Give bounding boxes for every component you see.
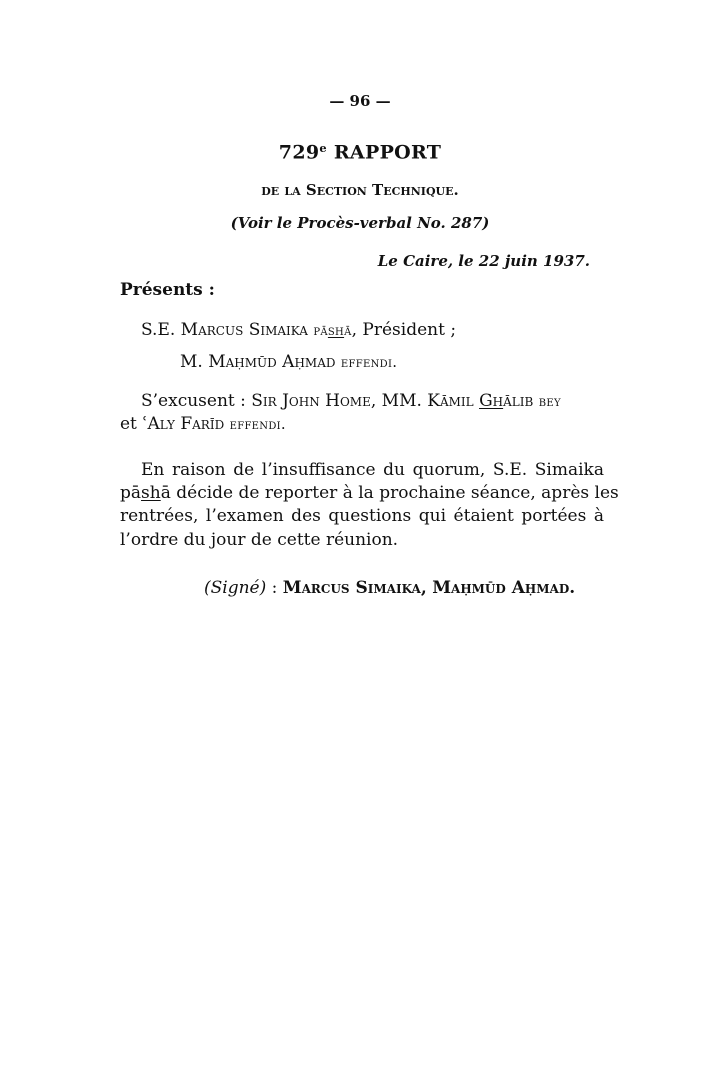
section-heading: de la Section Technique. — [0, 181, 720, 199]
proces-verbal-reference: (Voir le Procès-verbal No. 287) — [0, 214, 720, 232]
excused-mm: MM. — [382, 391, 422, 411]
president-role: , Président ; — [352, 320, 456, 340]
excuses-line-2: et ʿAly Farīd effendi. — [120, 414, 286, 434]
paragraph-line-3: rentrées, l’examen des questions qui éta… — [120, 506, 604, 526]
signatory-1: Marcus Simaika, — [283, 578, 427, 598]
excuses-line-1: S’excusent : Sir John Home, MM. Kāmil Gh… — [141, 391, 561, 411]
president-name: Marcus Simaika — [181, 320, 308, 340]
excused-person-3-title: effendi. — [230, 415, 286, 433]
excused-person-3: ʿAly Farīd — [142, 414, 224, 434]
president-prefix: S.E. — [141, 320, 175, 340]
report-word: RAPPORT — [334, 141, 441, 163]
signature-separator: : — [266, 578, 283, 598]
presents-label: Présents : — [120, 280, 215, 300]
report-ordinal-suffix: e — [319, 141, 327, 155]
signatory-2: Maḥmūd Aḥmad. — [432, 578, 575, 598]
excuses-label: S’excusent : — [141, 391, 246, 411]
member-name: Maḥmūd Aḥmad — [208, 352, 335, 372]
excused-person-2-title: bey — [539, 392, 561, 410]
president-honorific: pāshā — [313, 321, 351, 339]
excused-conj: et — [120, 414, 137, 434]
report-title: 729e RAPPORT — [0, 141, 720, 163]
paragraph-line-1: En raison de l’insuffisance du quorum, S… — [141, 460, 604, 480]
signature-label: (Signé) — [204, 578, 266, 598]
excused-person-1: Sir John Home, — [251, 391, 376, 411]
page-number: — 96 — — [0, 92, 720, 110]
excused-person-2: Kāmil Ghālib — [427, 391, 533, 411]
paragraph-line-4: l’ordre du jour de cette réunion. — [120, 530, 604, 550]
president-line: S.E. Marcus Simaika pāshā, Président ; — [141, 320, 456, 340]
paragraph-line-2: pāshā décide de reporter à la prochaine … — [120, 483, 604, 503]
place-date: Le Caire, le 22 juin 1937. — [378, 252, 590, 270]
member-line: M. Maḥmūd Aḥmad effendi. — [180, 352, 397, 372]
report-number: 729 — [279, 141, 320, 163]
member-prefix: M. — [180, 352, 203, 372]
member-honorific: effendi. — [341, 353, 397, 371]
signature-line: (Signé) : Marcus Simaika, Maḥmūd Aḥmad. — [204, 578, 575, 598]
